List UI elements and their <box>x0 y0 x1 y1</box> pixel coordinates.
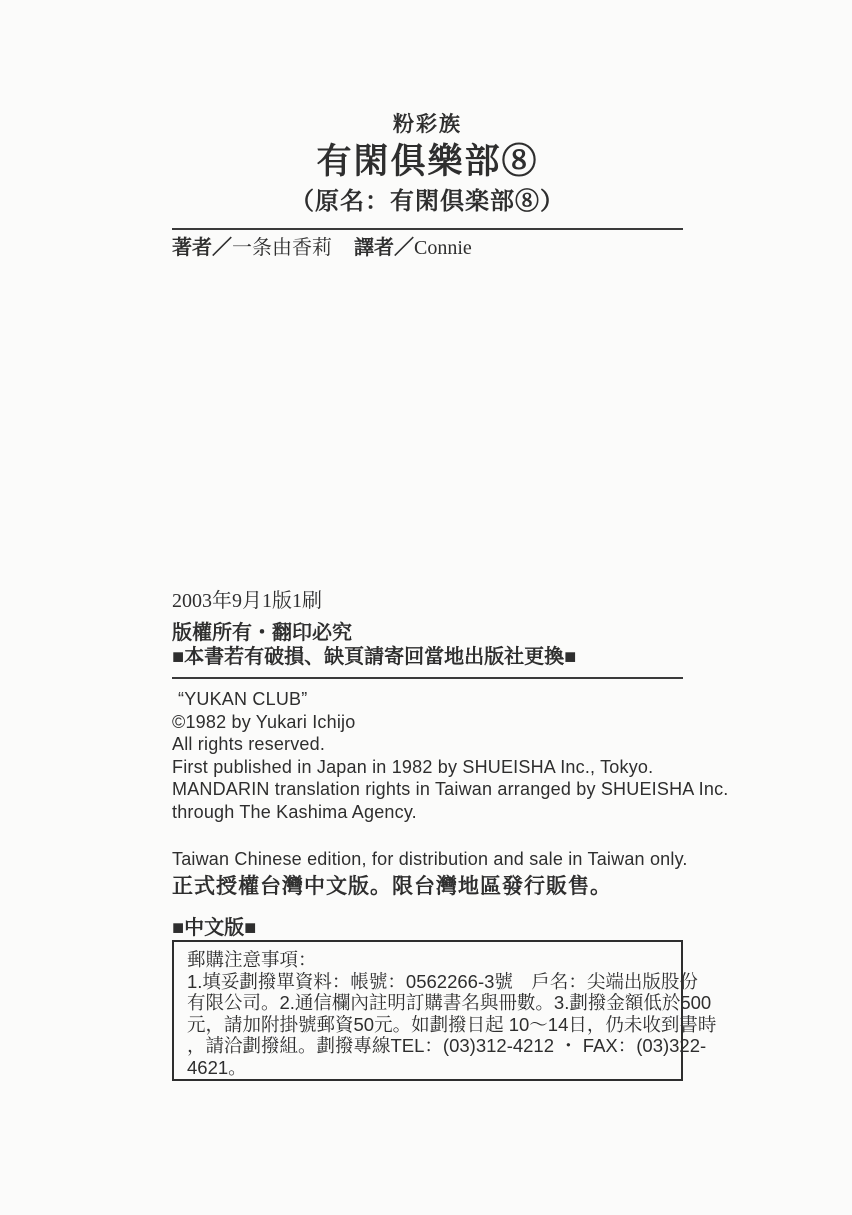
mail-order-line-1: 1.填妥劃撥單資料：帳號：0562266-3號 戶名：尖端出版股份 <box>187 971 669 993</box>
book-title: 有閑俱樂部⑧ <box>172 140 683 184</box>
divider-rule-bottom <box>172 677 683 679</box>
mail-order-notice-box: 郵購注意事項： 1.填妥劃撥單資料：帳號：0562266-3號 戶名：尖端出版股… <box>172 940 683 1081</box>
mail-order-line-4: ，請洽劃撥組。劃撥專線TEL：(03)312-4212 ・ FAX：(03)32… <box>187 1035 669 1057</box>
english-copyright-block: “YUKAN CLUB” ©1982 by Yukari Ichijo All … <box>172 688 712 824</box>
print-edition-info: 2003年9月1版1刷 <box>172 584 322 613</box>
damage-return-notice: ■本書若有破損、缺頁請寄回當地出版社更換■ <box>172 645 576 669</box>
mail-order-line-3: 元，請加附掛號郵資50元。如劃撥日起 10～14日，仍未收到書時 <box>187 1014 669 1036</box>
chinese-edition-label: ■中文版■ <box>172 911 256 940</box>
translator-name: Connie <box>414 237 472 259</box>
taiwan-edition-english: Taiwan Chinese edition, for distribution… <box>172 849 688 870</box>
original-title: （原名：有閑倶楽部⑧） <box>172 187 683 217</box>
series-label: 粉彩族 <box>172 112 683 138</box>
copyright-year-line: ©1982 by Yukari Ichijo <box>172 711 712 734</box>
mail-order-heading: 郵購注意事項： <box>187 949 669 971</box>
copyright-notice: 版權所有・翻印必究 <box>172 621 352 645</box>
rights-reserved-line: All rights reserved. <box>172 733 712 756</box>
translation-rights-line: MANDARIN translation rights in Taiwan ar… <box>172 778 712 801</box>
first-published-line: First published in Japan in 1982 by SHUE… <box>172 756 712 779</box>
mail-order-line-5: 4621。 <box>187 1057 669 1079</box>
author-label: 著者／ <box>172 237 232 259</box>
title-block: 粉彩族 有閑俱樂部⑧ （原名：有閑倶楽部⑧） <box>172 112 683 217</box>
translator-label: 譯者／ <box>354 237 414 259</box>
colophon-page: 粉彩族 有閑俱樂部⑧ （原名：有閑倶楽部⑧） 著者／一条由香莉譯者／Connie… <box>0 0 852 1215</box>
taiwan-edition-chinese: 正式授權台灣中文版。限台灣地區發行販售。 <box>172 870 612 900</box>
mail-order-line-2: 有限公司。2.通信欄內註明訂購書名與冊數。3.劃撥金額低於500 <box>187 992 669 1014</box>
author-name: 一条由香莉 <box>232 237 332 259</box>
agency-line: through The Kashima Agency. <box>172 801 712 824</box>
english-title-line: “YUKAN CLUB” <box>172 688 712 711</box>
credits-line: 著者／一条由香莉譯者／Connie <box>172 236 472 261</box>
divider-rule-top <box>172 228 683 230</box>
